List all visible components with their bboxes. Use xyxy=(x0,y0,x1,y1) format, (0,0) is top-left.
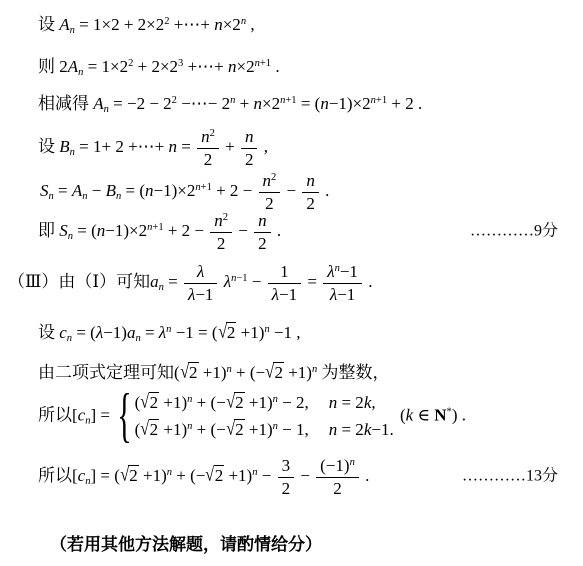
square-root: √2 xyxy=(140,420,159,439)
math-text: + xyxy=(221,137,239,156)
math-variable: S xyxy=(40,181,49,200)
math-text: 2 xyxy=(150,420,159,439)
radicand: 2 xyxy=(149,392,160,412)
superscript: n+1 xyxy=(255,58,271,69)
math-variable: n xyxy=(306,171,315,190)
superscript: n−1 xyxy=(231,273,247,284)
math-variable: A xyxy=(93,94,103,113)
math-text: 2 xyxy=(258,234,267,253)
math-text: = 1+ 2 +⋯+ xyxy=(75,137,169,156)
math-variable: n xyxy=(263,171,272,190)
math-text: ( xyxy=(396,406,406,425)
math-text: +1) xyxy=(284,363,312,382)
math-variable: n xyxy=(169,137,178,156)
math-text: ] = xyxy=(90,406,114,425)
math-variable: n xyxy=(253,94,262,113)
math-text: = ( xyxy=(73,221,97,240)
score-marker: …………13分 xyxy=(462,467,558,488)
math-text: −1. xyxy=(371,420,393,439)
radicand: 2 xyxy=(128,465,139,485)
formula-line-floor-result: 所以[cn] = (√2 +1)n + (−√2 +1)n − 32 − (−1… xyxy=(0,456,583,498)
math-text: + 2 . xyxy=(387,94,422,113)
numerator: n2 xyxy=(259,171,281,193)
math-text: 即 xyxy=(38,221,59,240)
math-text: +1 xyxy=(152,222,163,233)
math-text: − 2, xyxy=(278,393,309,412)
radicand: 2 xyxy=(234,419,245,439)
math-text: . xyxy=(273,221,282,240)
superscript: n+1 xyxy=(147,222,163,233)
math-text: +1) xyxy=(159,393,187,412)
denominator: λ−1 xyxy=(323,284,362,305)
math-text: = 1×2 + 2×2 xyxy=(75,15,164,34)
numerator: n2 xyxy=(197,127,219,149)
fraction: n22 xyxy=(197,127,219,169)
math-text: 2 xyxy=(235,393,244,412)
math-text: = xyxy=(177,137,195,156)
formula-line-floor-cases: 所以[cn] = {(√2 +1)n + (−√2 +1)n − 2,n = 2… xyxy=(0,392,583,441)
math-text: 2 xyxy=(282,479,291,498)
math-text: 2 xyxy=(210,128,215,139)
fraction: n2 xyxy=(254,211,271,253)
math-text: . xyxy=(271,57,280,76)
math-text: 2 xyxy=(204,150,213,169)
math-text: = 1×2 xyxy=(83,57,128,76)
denominator: λ−1 xyxy=(268,284,301,305)
math-text: +1 xyxy=(285,95,296,106)
radicand: 2 xyxy=(149,419,160,439)
cases-group: {(√2 +1)n + (−√2 +1)n − 2,n = 2k,(√2 +1)… xyxy=(116,392,393,441)
math-text: ) . xyxy=(452,406,466,425)
numerator: n xyxy=(254,211,271,233)
math-text: 2 xyxy=(227,323,236,342)
superscript: 2 xyxy=(210,128,215,139)
fraction: (−1)n2 xyxy=(316,456,359,498)
numerator: 3 xyxy=(278,456,295,478)
math-variable: n xyxy=(214,211,223,230)
math-text: 2 xyxy=(215,466,224,485)
math-text: 2 xyxy=(223,212,228,223)
formula-line-sn-result: 即 Sn = (n−1)×2n+1 + 2 − n22 − n2 .…………9分 xyxy=(0,211,583,253)
math-text: −1 xyxy=(195,285,213,304)
footer-note: （若用其他方法解题，请酌情给分） xyxy=(50,530,322,555)
math-text: = 2 xyxy=(337,393,364,412)
math-text: （Ⅲ）由（Ⅰ）可知 xyxy=(8,272,150,291)
math-text: 2 xyxy=(265,194,274,213)
math-text: = ( xyxy=(297,94,321,113)
math-text: −⋯− 2 xyxy=(177,94,230,113)
math-variable: A xyxy=(59,15,69,34)
math-text: 2 xyxy=(189,363,198,382)
case-expression: (√2 +1)n + (−√2 +1)n − 2, xyxy=(135,392,309,414)
formula-line-binomial: 由二项式定理可知(√2 +1)n + (−√2 +1)n 为整数， xyxy=(0,362,583,384)
math-text: , xyxy=(246,15,255,34)
math-variable: λ xyxy=(224,272,231,291)
math-variable: S xyxy=(59,221,68,240)
radical-sign-icon: √ xyxy=(141,416,150,441)
square-root: √2 xyxy=(226,393,245,412)
radical-sign-icon: √ xyxy=(265,359,274,384)
math-text: −1 xyxy=(340,262,358,281)
denominator: 2 xyxy=(259,193,281,214)
left-brace-icon: { xyxy=(117,387,131,447)
math-variable: n xyxy=(245,127,254,146)
fraction: n2 xyxy=(241,127,258,169)
fraction: 32 xyxy=(278,456,295,498)
math-text: −1 xyxy=(236,273,247,284)
math-variable: n xyxy=(329,420,338,439)
math-text: 相减得 xyxy=(38,94,93,113)
radicand: 2 xyxy=(273,362,284,382)
denominator: 2 xyxy=(241,149,258,170)
math-text: 2 xyxy=(217,234,226,253)
superscript: 2 xyxy=(271,172,276,183)
math-text: + (− xyxy=(192,420,225,439)
math-text: 设 xyxy=(38,137,59,156)
math-bold-symbol: N xyxy=(434,406,446,425)
math-text: −1 , xyxy=(270,323,301,342)
math-text: −1 xyxy=(279,285,297,304)
math-text: 设 xyxy=(38,15,59,34)
radical-sign-icon: √ xyxy=(120,462,129,487)
denominator: 2 xyxy=(197,149,219,170)
math-text: + (− xyxy=(232,363,265,382)
math-text: + 2 − xyxy=(164,221,209,240)
math-text: ×2 xyxy=(223,15,241,34)
formula-line-an-definition: 设 An = 1×2 + 2×22 +⋯+ n×2n , xyxy=(0,14,583,38)
math-text: ∈ xyxy=(413,406,434,425)
math-text: −1) xyxy=(103,323,127,342)
superscript: n+1 xyxy=(195,182,211,193)
math-text: + xyxy=(235,94,253,113)
math-variable: n xyxy=(320,94,329,113)
denominator: 2 xyxy=(254,233,271,254)
radical-sign-icon: √ xyxy=(206,462,215,487)
math-text: + (− xyxy=(172,466,205,485)
math-text: − xyxy=(282,181,300,200)
math-text: +1 xyxy=(376,95,387,106)
math-text: 1 xyxy=(280,262,289,281)
math-variable: λ xyxy=(197,262,204,281)
math-text: 2 xyxy=(333,479,342,498)
math-text: 由二项式定理可知( xyxy=(38,363,180,382)
math-text: + 2 − xyxy=(212,181,257,200)
formula-line-bn-definition: 设 Bn = 1+ 2 +⋯+ n = n22 + n2 , xyxy=(0,127,583,169)
numerator: λn−1 xyxy=(323,262,362,284)
math-text: = 2 xyxy=(337,420,364,439)
math-text: 2 xyxy=(306,194,315,213)
math-variable: B xyxy=(59,137,69,156)
math-text: −1 xyxy=(337,285,355,304)
math-variable: λ xyxy=(272,285,279,304)
math-text: − xyxy=(88,181,106,200)
math-text: 2 xyxy=(271,172,276,183)
math-text: +1) xyxy=(139,466,167,485)
math-text: +1 xyxy=(260,58,271,69)
numerator: n2 xyxy=(210,211,232,233)
superscript: n xyxy=(350,457,355,468)
radical-sign-icon: √ xyxy=(180,359,189,384)
math-text: −1)×2 xyxy=(329,94,371,113)
math-text: +1) xyxy=(245,393,273,412)
math-variable: c xyxy=(59,323,67,342)
square-root: √2 xyxy=(218,323,237,342)
math-text: 所以[ xyxy=(38,466,78,485)
math-text: 则 2 xyxy=(38,57,68,76)
math-text: . xyxy=(364,272,373,291)
denominator: 2 xyxy=(302,193,319,214)
math-text: −1 = ( xyxy=(171,323,217,342)
fraction: n2 xyxy=(302,171,319,213)
math-text: 2 xyxy=(150,393,159,412)
math-text: +⋯+ xyxy=(183,57,228,76)
fraction: 1λ−1 xyxy=(268,262,301,304)
math-variable: n xyxy=(145,181,154,200)
math-text: +1 xyxy=(201,182,212,193)
formula-line-2an-expansion: 则 2An = 1×22 + 2×23 +⋯+ n×2n+1 . xyxy=(0,56,583,80)
math-variable: λ xyxy=(327,262,334,281)
math-text: . xyxy=(321,181,330,200)
math-text: − xyxy=(234,221,252,240)
math-text: , xyxy=(371,393,375,412)
fraction: λλ−1 xyxy=(184,262,217,304)
math-text: + (− xyxy=(192,393,225,412)
radical-sign-icon: √ xyxy=(141,389,150,414)
numerator: 1 xyxy=(268,262,301,284)
math-text: 2 xyxy=(245,150,254,169)
denominator: 2 xyxy=(316,478,359,499)
math-variable: a xyxy=(150,272,159,291)
math-text: ] = ( xyxy=(90,466,119,485)
numerator: (−1)n xyxy=(316,456,359,478)
math-text: 2 xyxy=(129,466,138,485)
math-text: − xyxy=(248,272,266,291)
formula-line-part3-an: （Ⅲ）由（Ⅰ）可知an = λλ−1 λn−1 − 1λ−1 = λn−1λ−1… xyxy=(0,262,583,304)
math-text: = xyxy=(141,323,159,342)
math-variable: n xyxy=(228,57,237,76)
math-variable: n xyxy=(214,15,223,34)
square-root: √2 xyxy=(180,363,199,382)
math-text: +1) xyxy=(199,363,227,382)
denominator: λ−1 xyxy=(184,284,217,305)
math-text: +1) xyxy=(159,420,187,439)
case-expression: (√2 +1)n + (−√2 +1)n − 1, xyxy=(135,419,309,441)
math-text: +⋯+ xyxy=(170,15,215,34)
cases-rows: (√2 +1)n + (−√2 +1)n − 2,n = 2k,(√2 +1)n… xyxy=(135,392,394,441)
fraction: n22 xyxy=(210,211,232,253)
math-text: 2 xyxy=(235,420,244,439)
score-marker: …………9分 xyxy=(470,222,558,243)
math-text: 所以[ xyxy=(38,406,78,425)
math-text: (−1) xyxy=(320,456,349,475)
radicand: 2 xyxy=(214,465,225,485)
denominator: 2 xyxy=(210,233,232,254)
superscript: 2 xyxy=(223,212,228,223)
math-text: − 1, xyxy=(278,420,309,439)
math-text: − xyxy=(296,466,314,485)
radical-sign-icon: √ xyxy=(226,416,235,441)
superscript: n+1 xyxy=(280,95,296,106)
radical-sign-icon: √ xyxy=(226,389,235,414)
math-text: = −2 − 2 xyxy=(109,94,172,113)
denominator: 2 xyxy=(278,478,295,499)
math-text: = ( xyxy=(121,181,145,200)
math-text: +1) xyxy=(245,420,273,439)
square-root: √2 xyxy=(120,466,139,485)
square-root: √2 xyxy=(226,420,245,439)
case-condition: n = 2k−1. xyxy=(329,419,394,441)
math-text: +1) xyxy=(236,323,264,342)
fraction: λn−1λ−1 xyxy=(323,262,362,304)
math-text: + 2×2 xyxy=(133,57,178,76)
math-variable: A xyxy=(68,57,78,76)
math-text: = xyxy=(54,181,72,200)
math-text: 2 xyxy=(274,363,283,382)
math-text: −1)×2 xyxy=(154,181,196,200)
square-root: √2 xyxy=(140,393,159,412)
superscript: n+1 xyxy=(371,95,387,106)
math-text: 设 xyxy=(38,323,59,342)
numerator: n xyxy=(302,171,319,193)
math-text: = xyxy=(303,272,321,291)
math-variable: n xyxy=(329,393,338,412)
math-text: 为整数， xyxy=(317,363,389,382)
radicand: 2 xyxy=(234,392,245,412)
math-text: − xyxy=(257,466,275,485)
radicand: 2 xyxy=(188,362,199,382)
case-condition: n = 2k, xyxy=(329,392,376,414)
math-variable: A xyxy=(72,181,82,200)
math-text: 3 xyxy=(282,456,291,475)
math-text: ×2 xyxy=(237,57,255,76)
math-text: . xyxy=(361,466,370,485)
numerator: λ xyxy=(184,262,217,284)
math-text: −1)×2 xyxy=(105,221,147,240)
math-variable: n xyxy=(350,457,355,468)
math-variable: n xyxy=(201,127,210,146)
math-text: , xyxy=(259,137,268,156)
radical-sign-icon: √ xyxy=(218,319,227,344)
math-text: +1) xyxy=(224,466,252,485)
square-root: √2 xyxy=(205,466,224,485)
formula-line-subtraction: 相减得 An = −2 − 22 −⋯− 2n + n×2n+1 = (n−1)… xyxy=(0,93,583,117)
formula-line-sn-derivation: Sn = An − Bn = (n−1)×2n+1 + 2 − n22 − n2… xyxy=(0,171,583,213)
math-variable: n xyxy=(258,211,267,230)
square-root: √2 xyxy=(265,363,284,382)
radicand: 2 xyxy=(226,322,237,342)
formula-line-cn-definition: 设 cn = (λ−1)an = λn −1 = (√2 +1)n −1 , xyxy=(0,322,583,346)
fraction: n22 xyxy=(259,171,281,213)
numerator: n xyxy=(241,127,258,149)
math-variable: B xyxy=(106,181,116,200)
math-text: = ( xyxy=(72,323,96,342)
math-text: = xyxy=(164,272,182,291)
math-text: ×2 xyxy=(262,94,280,113)
math-variable: n xyxy=(97,221,106,240)
